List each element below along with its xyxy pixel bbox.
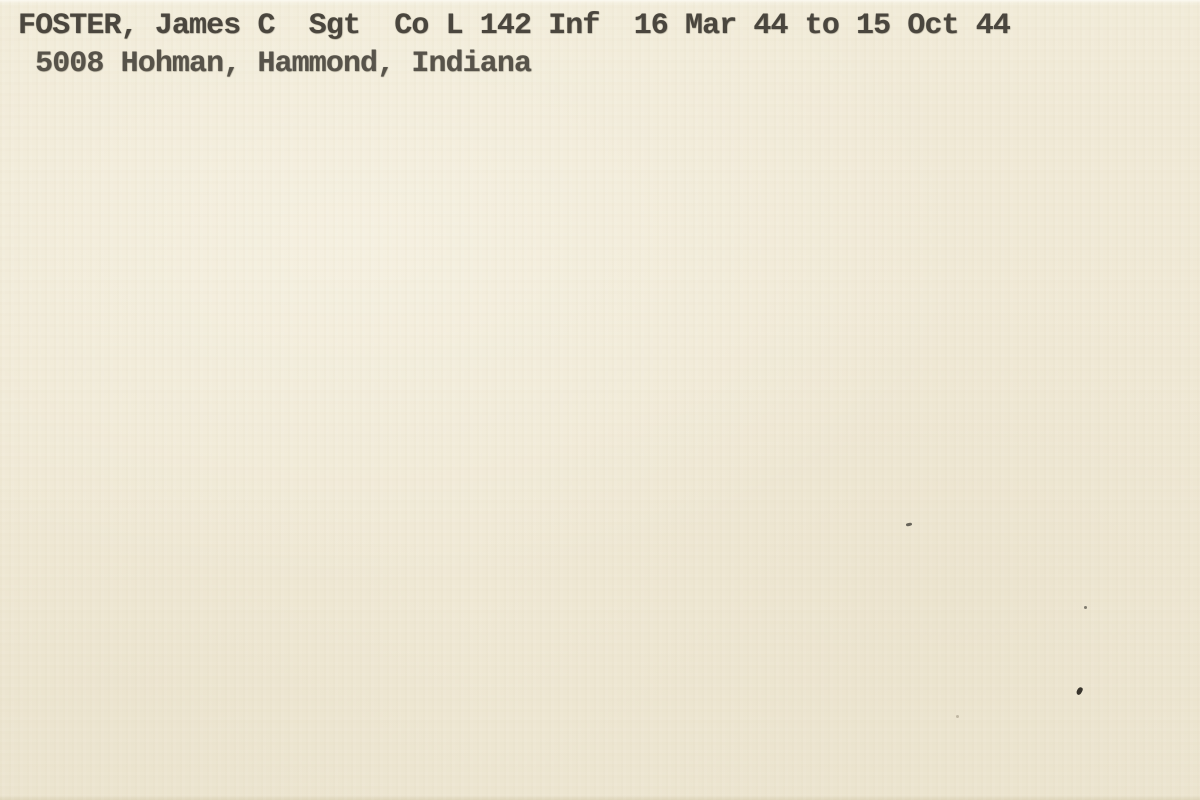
card-line-service-record: FOSTER, James C Sgt Co L 142 Inf 16 Mar …: [18, 7, 1010, 45]
card-line-address: 5008 Hohman, Hammond, Indiana: [18, 45, 1010, 83]
ink-speck-faint: [956, 715, 959, 718]
ink-speck-dash: [906, 522, 912, 526]
ink-speck-dot: [1084, 606, 1087, 609]
index-card: FOSTER, James C Sgt Co L 142 Inf 16 Mar …: [0, 0, 1200, 800]
ink-speck-comma: [1075, 686, 1083, 695]
typed-text-block: FOSTER, James C Sgt Co L 142 Inf 16 Mar …: [18, 7, 1010, 83]
